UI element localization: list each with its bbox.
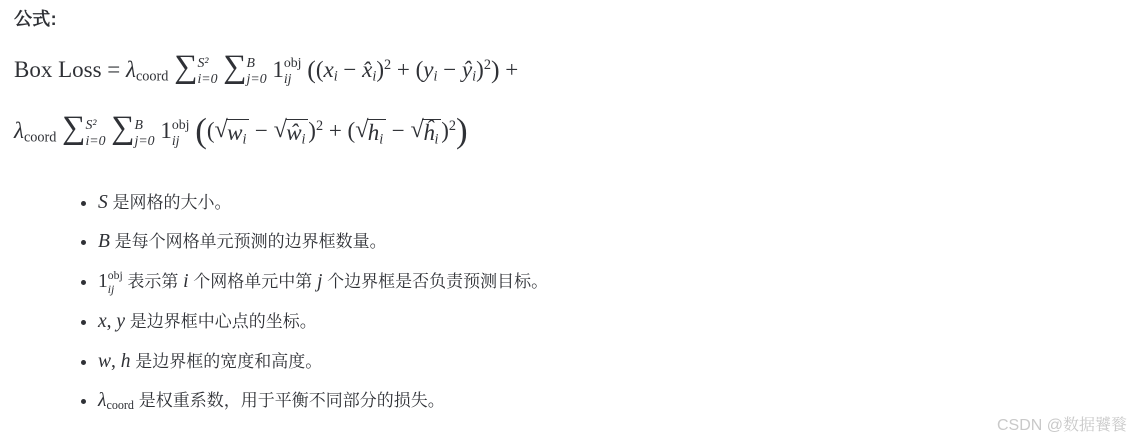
math-token-it: w	[227, 120, 242, 145]
math-token-sqrt: √ĥi	[410, 119, 441, 148]
math-token-sup: 2	[484, 57, 491, 73]
math-token-rm: )	[308, 118, 316, 143]
math-token-it: λ	[126, 57, 136, 82]
radical-sign: √	[355, 118, 368, 142]
math-token-rm: + (	[391, 57, 423, 82]
math-token-cn: 是边界框中心点的坐标。	[125, 312, 317, 331]
bullet-item-xy: x, y 是边界框中心点的坐标。	[98, 308, 1134, 336]
math-token-big1: (	[307, 55, 316, 84]
math-token-sub: coord	[24, 130, 56, 146]
bullet-content: B 是每个网格单元预测的边界框数量。	[98, 231, 387, 252]
radical-sign: √	[215, 118, 228, 142]
bullet-item-wh: w, h 是边界框的宽度和高度。	[98, 348, 1134, 376]
math-token-it: y	[423, 57, 433, 82]
math-token-sub: i	[242, 132, 246, 148]
math-token-sub: i	[379, 132, 383, 148]
math-token-it: ŷ	[462, 57, 472, 82]
math-token-sub: coord	[136, 68, 168, 84]
formula-line-1: Box Loss = λcoord ∑S²i=0 ∑Bj=0 1objij ((…	[14, 40, 1134, 101]
article-fragment: 公式: Box Loss = λcoord ∑S²i=0 ∑Bj=0 1obji…	[0, 0, 1134, 415]
math-token-rm: −	[386, 118, 410, 143]
math-token-rm: 1	[98, 271, 108, 292]
math-token-it: h	[368, 120, 380, 145]
math-token-it: ŵ	[286, 120, 301, 145]
bullet-content: 1objij 表示第 i 个网格单元中第 j 个边界框是否负责预测目标。	[98, 271, 548, 292]
math-token-it: x	[323, 57, 333, 82]
math-token-rm: 1	[267, 57, 284, 82]
bullet-content: w, h 是边界框的宽度和高度。	[98, 351, 322, 372]
math-token-it: ĥ	[423, 120, 435, 145]
math-token-cn: 个边界框是否负责预测目标。	[322, 272, 548, 291]
bullet-item-s: S 是网格的大小。	[98, 189, 1134, 217]
math-token-ss: objij	[284, 55, 302, 87]
math-token-sub: i	[302, 132, 306, 148]
math-token-ss: objij	[172, 117, 190, 149]
math-token-cn: 是每个网格单元预测的边界框数量。	[110, 232, 387, 251]
math-token-rm: 1	[155, 118, 172, 143]
math-token-rm: )	[441, 118, 449, 143]
math-token-rm: ,	[111, 351, 121, 372]
math-token-sqrt: √ŵi	[274, 119, 309, 148]
math-token-rm: +	[500, 57, 519, 82]
math-token-ss: S²i=0	[85, 117, 105, 149]
math-token-cn: 是边界框的宽度和高度。	[131, 352, 323, 371]
math-token-it: λ	[14, 118, 24, 143]
math-token-rm: −	[437, 57, 461, 82]
math-token-it: x̂	[362, 57, 372, 82]
math-token-cn: 个网格单元中第	[189, 272, 317, 291]
math-token-big: )	[456, 111, 468, 150]
bullet-item-b: B 是每个网格单元预测的边界框数量。	[98, 228, 1134, 256]
radical-sign: √	[410, 118, 423, 142]
math-token-it: B	[98, 231, 110, 252]
box-loss-formula: Box Loss = λcoord ∑S²i=0 ∑Bj=0 1objij ((…	[14, 40, 1134, 163]
bullet-content: S 是网格的大小。	[98, 192, 231, 213]
math-token-rm: )	[376, 57, 384, 82]
bullet-content: x, y 是边界框中心点的坐标。	[98, 311, 317, 332]
bullet-item-lambda: λcoord 是权重系数，用于平衡不同部分的损失。	[98, 387, 1134, 415]
math-token-it: h	[121, 351, 131, 372]
math-token-big: (	[195, 111, 207, 150]
math-token-sqrt: √wi	[215, 119, 250, 148]
bullet-content: λcoord 是权重系数，用于平衡不同部分的损失。	[98, 390, 445, 411]
math-token-sum: ∑	[223, 49, 246, 85]
math-token-sub: i	[435, 132, 439, 148]
formula-heading: 公式:	[14, 6, 1134, 32]
math-token-rm: (	[207, 118, 215, 143]
math-token-it: y	[116, 311, 125, 332]
math-token-sqrt: √hi	[355, 119, 386, 148]
math-token-rm: −	[338, 57, 362, 82]
math-token-sub: coord	[106, 399, 134, 413]
math-token-cn: 是权重系数，用于平衡不同部分的损失。	[134, 391, 445, 410]
math-token-sum: ∑	[62, 110, 85, 146]
radical-sign: √	[274, 118, 287, 142]
math-token-ss: objij	[108, 269, 123, 296]
formula-line-2: λcoord ∑S²i=0 ∑Bj=0 1objij ((√wi − √ŵi)2…	[14, 101, 1134, 162]
symbol-definition-list: S 是网格的大小。 B 是每个网格单元预测的边界框数量。 1objij 表示第 …	[14, 189, 1134, 415]
math-token-sum: ∑	[111, 110, 134, 146]
csdn-watermark: CSDN @数据饕餮	[997, 412, 1127, 435]
math-token-cn: 表示第	[123, 272, 183, 291]
math-token-rm: −	[249, 118, 273, 143]
math-token-rm: Box Loss =	[14, 57, 126, 82]
math-token-rm: + (	[323, 118, 355, 143]
math-token-ss: Bj=0	[135, 117, 155, 149]
math-token-sup: 2	[449, 118, 456, 134]
math-token-sum: ∑	[174, 49, 197, 85]
math-token-it: x	[98, 311, 107, 332]
math-token-ss: Bj=0	[247, 55, 267, 87]
math-token-rm: )	[476, 57, 484, 82]
math-token-big1: )	[491, 55, 500, 84]
math-token-sup: 2	[316, 118, 323, 134]
bullet-item-indicator: 1objij 表示第 i 个网格单元中第 j 个边界框是否负责预测目标。	[98, 268, 1134, 296]
math-token-cn: 是网格的大小。	[108, 193, 232, 212]
math-token-rm: ,	[107, 311, 117, 332]
math-token-ss: S²i=0	[197, 55, 217, 87]
math-token-it: w	[98, 351, 111, 372]
math-token-it: S	[98, 192, 108, 213]
